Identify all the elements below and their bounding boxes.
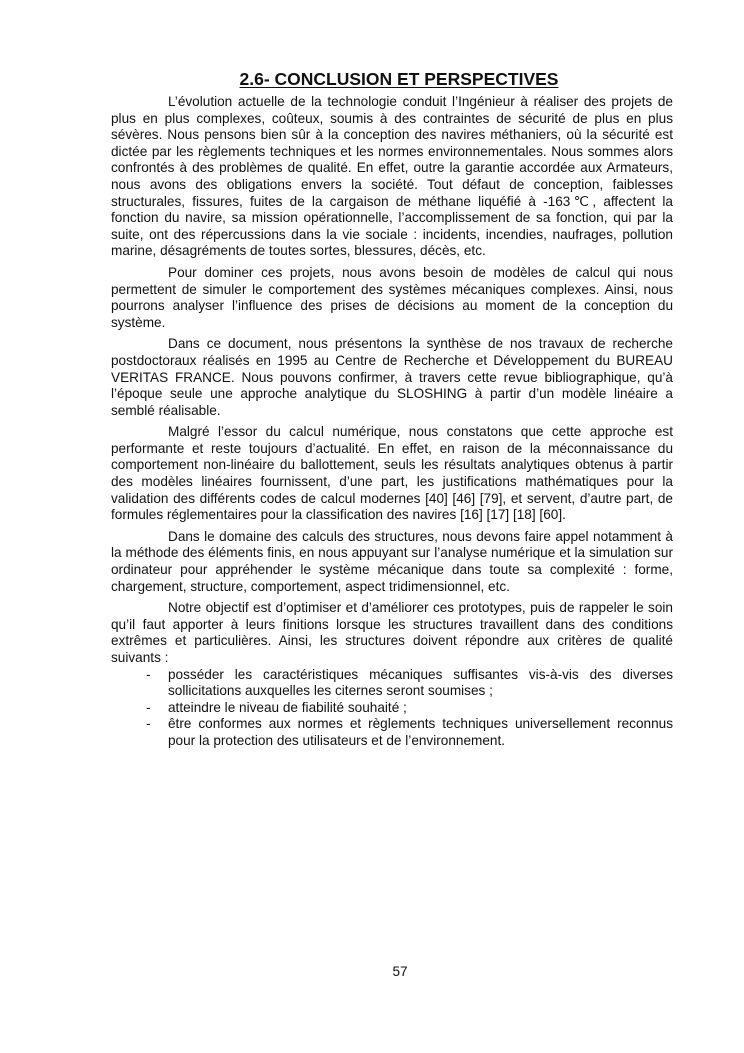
dash-bullet-icon: -	[146, 667, 151, 684]
list-item: - posséder les caractéristiques mécaniqu…	[111, 667, 673, 700]
list-item: - être conformes aux normes et règlement…	[111, 716, 673, 749]
list-item-text: atteindre le niveau de fiabilité souhait…	[168, 700, 407, 715]
section-title: 2.6- CONCLUSION ET PERSPECTIVES	[111, 68, 673, 90]
page-number: 57	[0, 964, 744, 979]
list-item-text: posséder les caractéristiques mécaniques…	[168, 667, 673, 699]
paragraph-objective: Notre objectif est d’optimiser et d’amél…	[111, 600, 673, 666]
paragraph-models: Pour dominer ces projets, nous avons bes…	[111, 265, 673, 331]
list-item-text: être conformes aux normes et règlements …	[168, 716, 673, 748]
dash-bullet-icon: -	[146, 700, 151, 717]
paragraph-synthesis: Dans ce document, nous présentons la syn…	[111, 336, 673, 419]
paragraph-numerical: Malgré l’essor du calcul numérique, nous…	[111, 424, 673, 524]
criteria-list: - posséder les caractéristiques mécaniqu…	[111, 667, 673, 750]
document-page: 2.6- CONCLUSION ET PERSPECTIVES L’évolut…	[111, 68, 673, 750]
list-item: - atteindre le niveau de fiabilité souha…	[111, 700, 673, 717]
paragraph-structures: Dans le domaine des calculs des structur…	[111, 529, 673, 595]
dash-bullet-icon: -	[146, 716, 151, 733]
paragraph-intro: L’évolution actuelle de la technologie c…	[111, 94, 673, 260]
